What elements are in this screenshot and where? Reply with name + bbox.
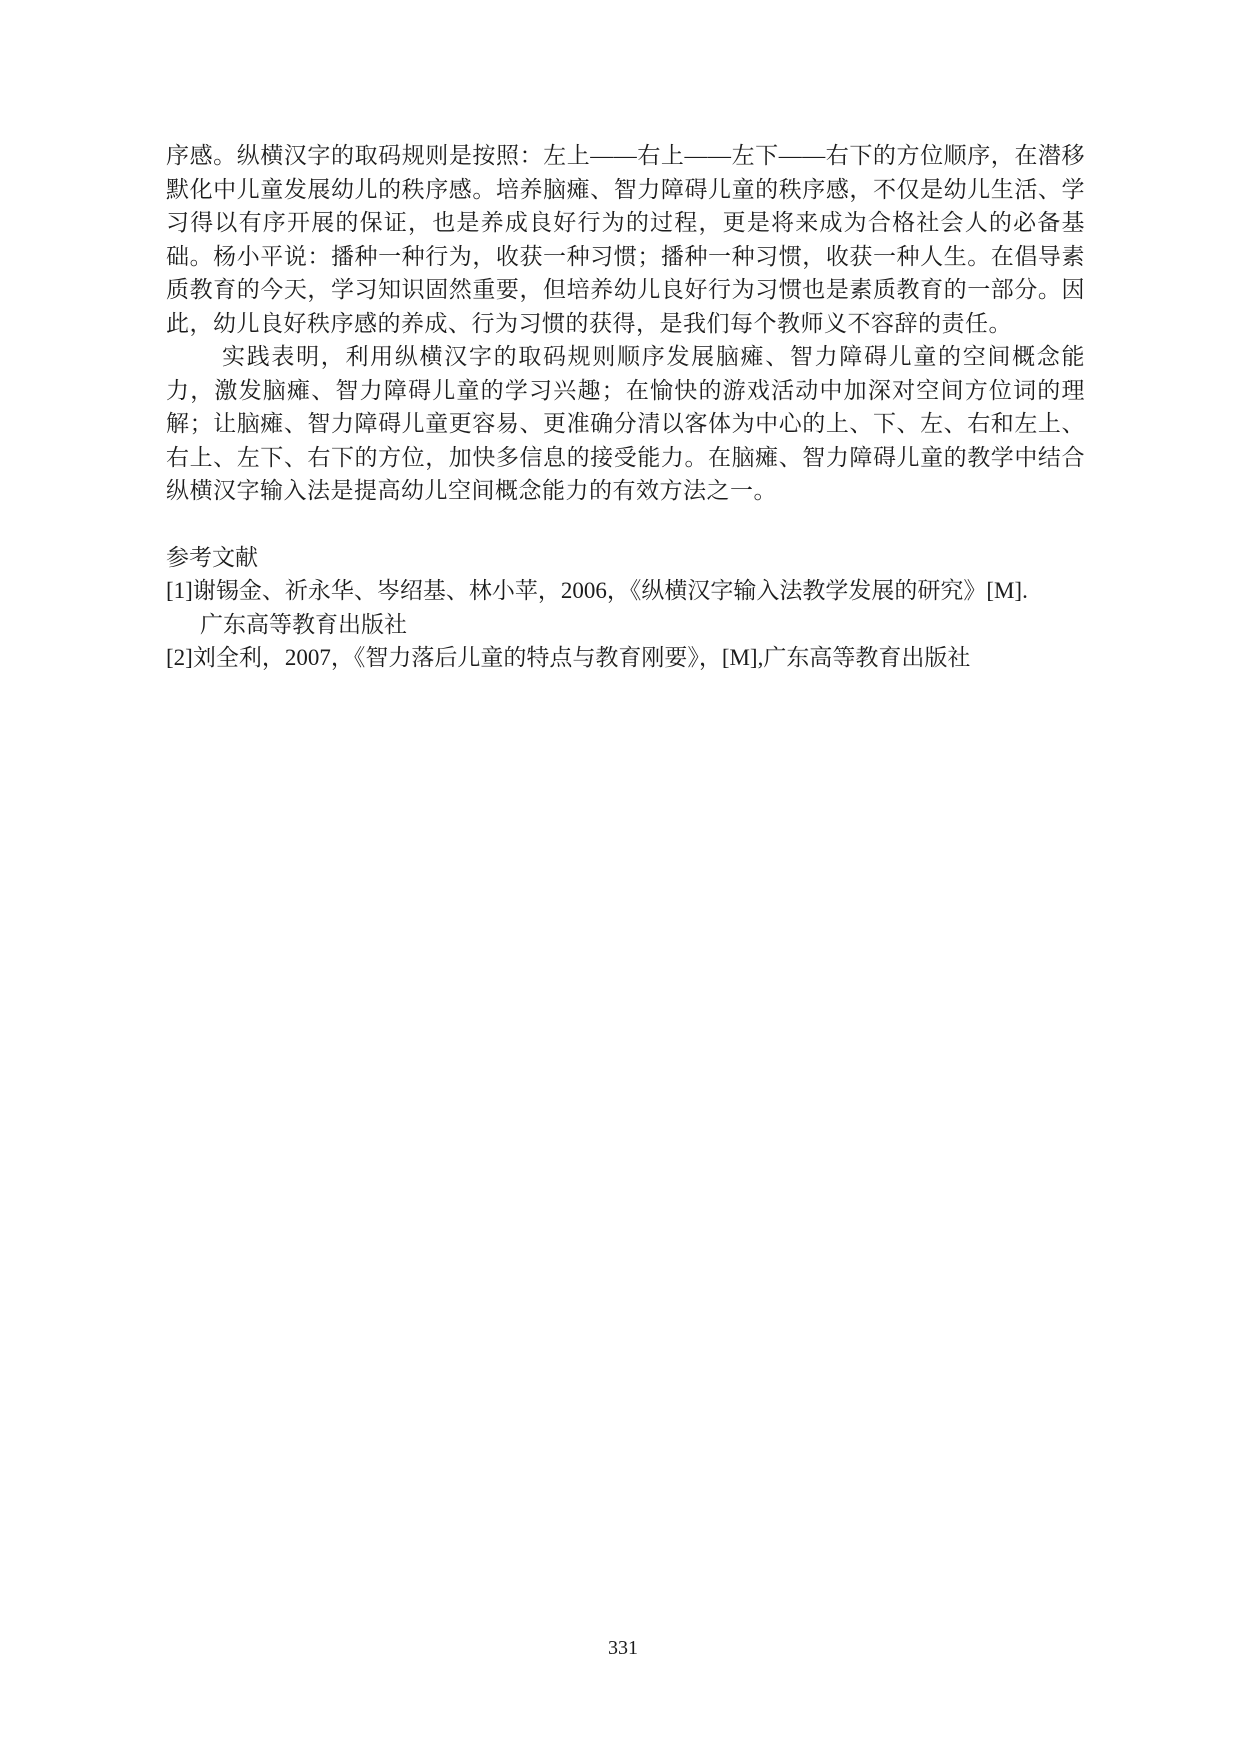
references-heading: 参考文献 bbox=[166, 541, 1085, 575]
reference-line: 广东高等教育出版社 bbox=[166, 608, 1085, 642]
body-paragraph-2: 实践表明，利用纵横汉字的取码规则顺序发展脑瘫、智力障碍儿童的空间概念能力，激发脑… bbox=[166, 340, 1085, 508]
reference-line: [2]刘全利，2007，《智力落后儿童的特点与教育刚要》，[M],广东高等教育出… bbox=[166, 641, 1085, 675]
body-paragraph-1: 序感。纵横汉字的取码规则是按照：左上——右上——左下——右下的方位顺序，在潜移默… bbox=[166, 139, 1085, 340]
reference-item: [1]谢锡金、祈永华、岑绍基、林小苹，2006，《纵横汉字输入法教学发展的研究》… bbox=[166, 574, 1085, 641]
reference-item: [2]刘全利，2007，《智力落后儿童的特点与教育刚要》，[M],广东高等教育出… bbox=[166, 641, 1085, 675]
page-content: 序感。纵横汉字的取码规则是按照：左上——右上——左下——右下的方位顺序，在潜移默… bbox=[166, 139, 1085, 675]
page-number: 331 bbox=[0, 1636, 1246, 1660]
reference-line: [1]谢锡金、祈永华、岑绍基、林小苹，2006，《纵横汉字输入法教学发展的研究》… bbox=[166, 574, 1085, 608]
document-page: { "page": { "body_paragraphs": [ "序感。纵横汉… bbox=[0, 0, 1246, 1763]
references-section: 参考文献 [1]谢锡金、祈永华、岑绍基、林小苹，2006，《纵横汉字输入法教学发… bbox=[166, 541, 1085, 675]
